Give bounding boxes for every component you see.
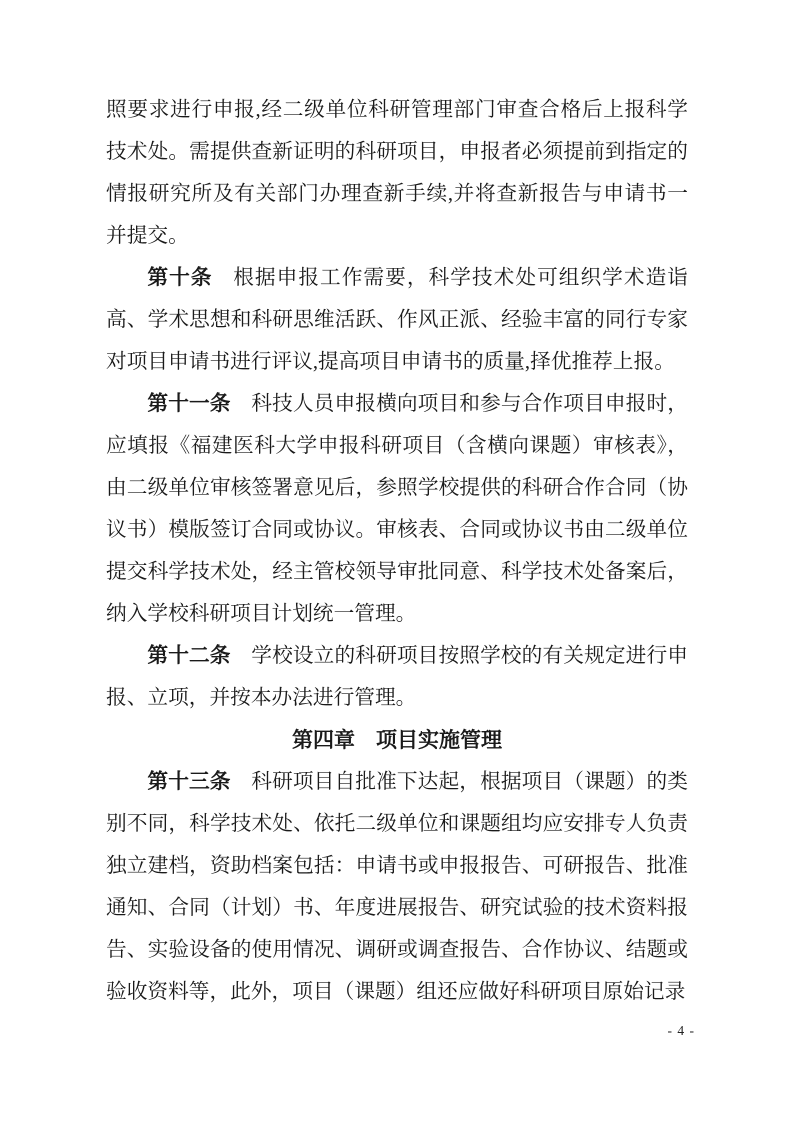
document-body: 照要求进行申报,经二级单位科研管理部门审查合格后上报科学技术处。需提供查新证明的… (106, 89, 688, 1013)
chapter-heading: 第四章 项目实施管理 (106, 719, 688, 761)
paragraph: 第十一条科技人员申报横向项目和参与合作项目申报时，应填报《福建医科大学申报科研项… (106, 383, 688, 635)
article-number: 第十三条 (147, 771, 230, 793)
article-number: 第十条 (147, 267, 212, 289)
article-number: 第十二条 (147, 645, 230, 667)
paragraph: 第十二条学校设立的科研项目按照学校的有关规定进行申报、立项，并按本办法进行管理。 (106, 635, 688, 719)
paragraph-text: 科技人员申报横向项目和参与合作项目申报时，应填报《福建医科大学申报科研项目（含横… (106, 393, 688, 625)
paragraph: 第十三条科研项目自批准下达起，根据项目（课题）的类别不同，科学技术处、依托二级单… (106, 761, 688, 1013)
paragraph: 照要求进行申报,经二级单位科研管理部门审查合格后上报科学技术处。需提供查新证明的… (106, 89, 688, 257)
paragraph-text: 照要求进行申报,经二级单位科研管理部门审查合格后上报科学技术处。需提供查新证明的… (106, 99, 688, 247)
paragraph: 第十条根据申报工作需要，科学技术处可组织学术造诣高、学术思想和科研思维活跃、作风… (106, 257, 688, 383)
page-number: - 4 - (668, 1022, 696, 1040)
paragraph-text: 科研项目自批准下达起，根据项目（课题）的类别不同，科学技术处、依托二级单位和课题… (106, 771, 688, 1003)
document-page: 照要求进行申报,经二级单位科研管理部门审查合格后上报科学技术处。需提供查新证明的… (0, 0, 794, 1123)
article-number: 第十一条 (147, 393, 230, 415)
